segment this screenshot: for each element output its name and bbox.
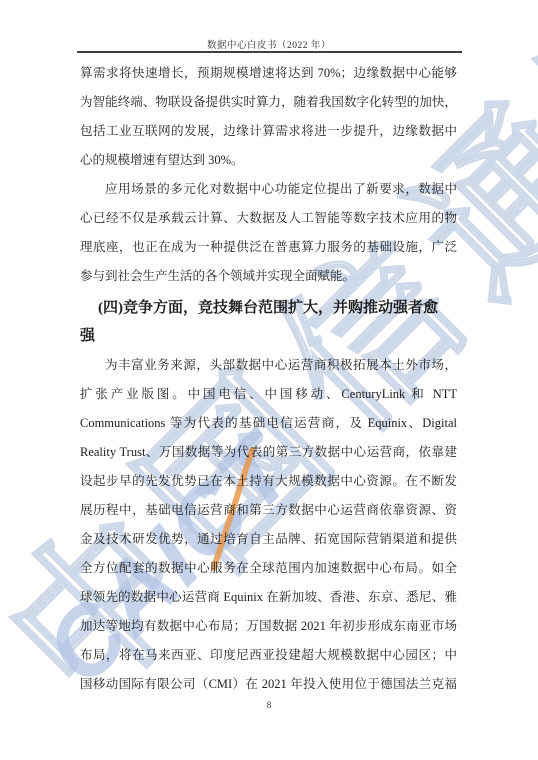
text-line: 为丰富业务来源，头部数据中心运营商积极拓展本土外市场， xyxy=(80,351,457,380)
content: 算需求将快速增长，预期规模增速将达到 70%；边缘数据中心能够为智能终端、物联设… xyxy=(80,59,457,699)
text-line: 为智能终端、物联设备提供实时算力，随着我国数字化转型的加快， xyxy=(80,88,457,117)
header-rule xyxy=(77,51,462,53)
text-line: 算需求将快速增长，预期规模增速将达到 70%；边缘数据中心能够 xyxy=(80,59,457,88)
text-line: 扩张产业版图。中国电信、中国移动、CenturyLink 和 NTT xyxy=(80,380,457,409)
document-page: 数据中心白皮书（2022 年） 中国信通院 CAICT 算需求将快速增长，预期规… xyxy=(0,0,538,760)
text-line: 设起步早的先发优势已在本土持有大规模数据中心资源。在不断发 xyxy=(80,467,457,496)
text-line: 展历程中，基础电信运营商和第三方数据中心运营商依靠资源、资 xyxy=(80,496,457,525)
text-line: Communications 等为代表的基础电信运营商，及 Equinix、Di… xyxy=(80,409,457,438)
text-line: 心已经不仅是承载云计算、大数据及人工智能等数字技术应用的物 xyxy=(80,204,457,233)
text-line: (四)竞争方面，竞技舞台范围扩大，并购推动强者愈 xyxy=(80,294,457,322)
paragraph: 为丰富业务来源，头部数据中心运营商积极拓展本土外市场，扩张产业版图。中国电信、中… xyxy=(80,351,457,699)
paragraph: 算需求将快速增长，预期规模增速将达到 70%；边缘数据中心能够为智能终端、物联设… xyxy=(80,59,457,175)
text-line: 国移动国际有限公司（CMI）在 2021 年投入使用位于德国法兰克福 xyxy=(80,670,457,699)
text-line: 全方位配套的数据中心服务在全球范围内加速数据中心布局。如全 xyxy=(80,554,457,583)
text-line: 应用场景的多元化对数据中心功能定位提出了新要求，数据中 xyxy=(80,175,457,204)
section-heading: (四)竞争方面，竞技舞台范围扩大，并购推动强者愈强 xyxy=(80,294,457,350)
text-line: Reality Trust、万国数据等为代表的第三方数据中心运营商，依靠建 xyxy=(80,438,457,467)
paragraph: 应用场景的多元化对数据中心功能定位提出了新要求，数据中心已经不仅是承载云计算、大… xyxy=(80,175,457,291)
page-number: 8 xyxy=(0,701,538,711)
header-title: 数据中心白皮书（2022 年） xyxy=(0,37,538,51)
text-line: 球领先的数据中心运营商 Equinix 在新加坡、香港、东京、悉尼、雅 xyxy=(80,583,457,612)
text-line: 参与到社会生产生活的各个领域并实现全面赋能。 xyxy=(80,262,457,291)
text-line: 强 xyxy=(80,322,457,350)
text-line: 布局，将在马来西亚、印度尼西亚投建超大规模数据中心园区；中 xyxy=(80,641,457,670)
text-line: 加达等地均有数据中心布局；万国数据 2021 年初步形成东南亚市场 xyxy=(80,612,457,641)
text-line: 理底座，也正在成为一种提供泛在普惠算力服务的基础设施，广泛 xyxy=(80,233,457,262)
text-line: 金及技术研发优势，通过培育自主品牌、拓宽国际营销渠道和提供 xyxy=(80,525,457,554)
text-line: 包括工业互联网的发展，边缘计算需求将进一步提升，边缘数据中 xyxy=(80,117,457,146)
text-line: 心的规模增速有望达到 30%。 xyxy=(80,146,457,175)
